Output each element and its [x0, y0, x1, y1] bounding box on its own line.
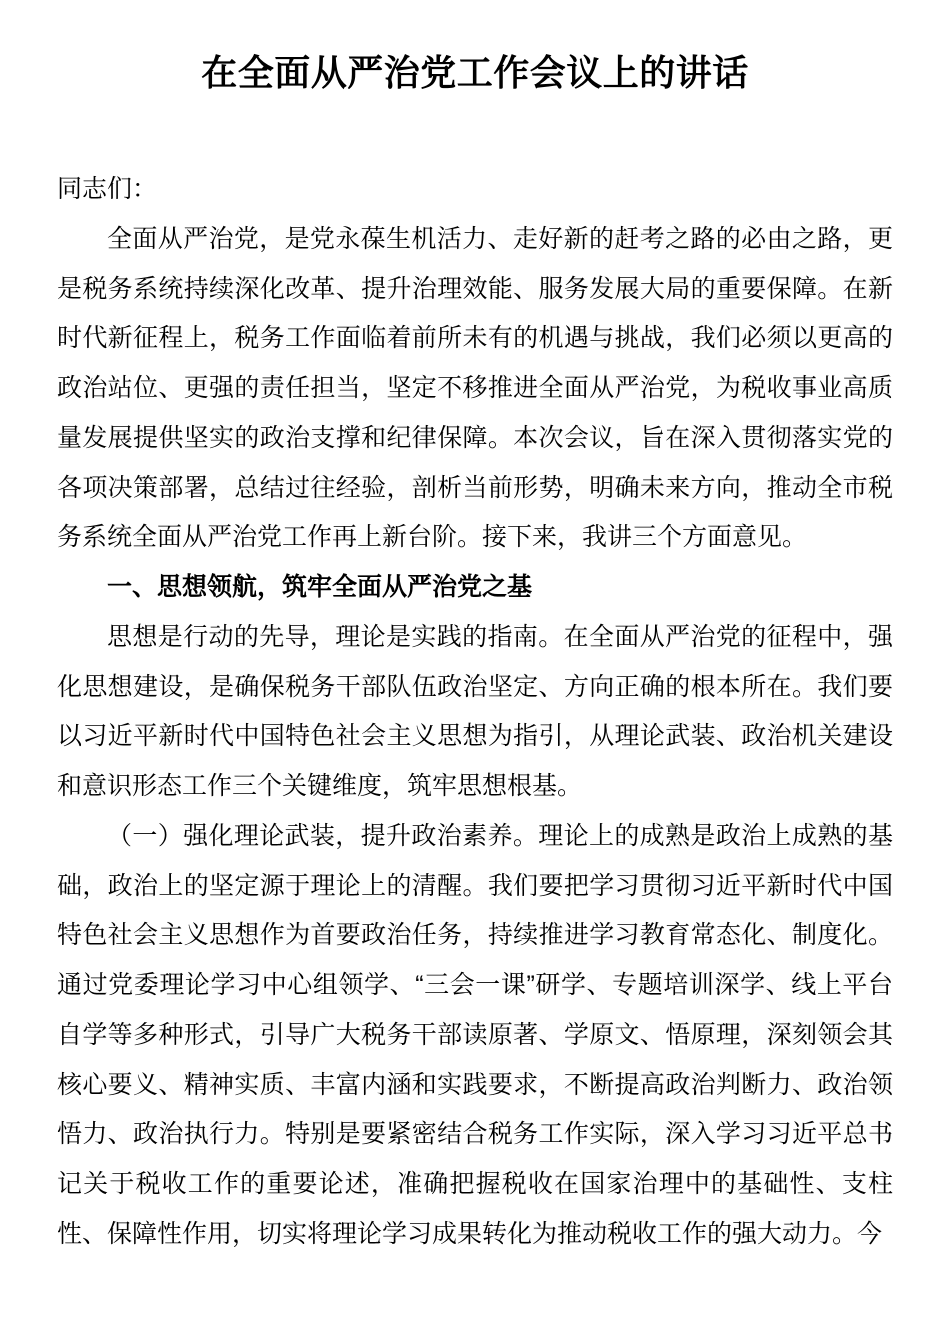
section-1-paragraph: 思想是行动的先导，理论是实践的指南。在全面从严治党的征程中，强化思想建设，是确保…	[57, 613, 893, 812]
subsection-1-body: 理论上的成熟是政治上成熟的基础，政治上的坚定源于理论上的清醒。我们要把学习贯彻习…	[57, 822, 893, 1248]
intro-paragraph: 全面从严治党，是党永葆生机活力、走好新的赶考之路的必由之路，更是税务系统持续深化…	[57, 215, 893, 563]
salutation: 同志们：	[57, 165, 893, 215]
document-title: 在全面从严治党工作会议上的讲话	[57, 45, 893, 101]
section-1-heading: 一、思想领航，筑牢全面从严治党之基	[57, 563, 893, 613]
document-page: 在全面从严治党工作会议上的讲话 同志们： 全面从严治党，是党永葆生机活力、走好新…	[0, 0, 950, 1344]
subsection-1-paragraph: （一）强化理论武装，提升政治素养。理论上的成熟是政治上成熟的基础，政治上的坚定源…	[57, 812, 893, 1260]
subsection-1-lead: （一）强化理论武装，提升政治素养。	[107, 822, 538, 850]
